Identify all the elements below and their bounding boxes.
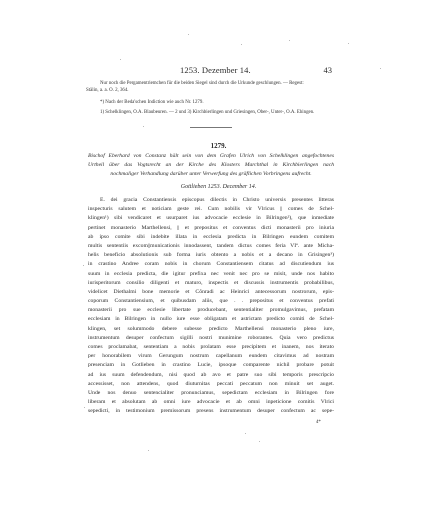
running-head: 1253. Dezember 14. 43 — [88, 65, 334, 77]
scan-speck — [241, 44, 242, 45]
signature-mark: 4* — [316, 420, 321, 425]
scan-speck — [120, 59, 121, 60]
footnote-1: Stälin, a. a. O. 2, 364. — [86, 88, 129, 93]
scan-speck — [245, 433, 246, 434]
body-line: klingen¹) sibi vendicaret et usurparet i… — [88, 214, 334, 223]
document-page: 1253. Dezember 14. 43 Nur noch die Perga… — [0, 0, 437, 512]
body-line: pertinet monasterio Marthellensi, || et … — [88, 224, 334, 233]
scan-speck — [188, 34, 189, 35]
body-line: inspecturis salutem et noticiam geste re… — [88, 205, 334, 214]
scan-speck — [84, 407, 85, 408]
page-number: 43 — [324, 65, 333, 75]
summary-line: Bischof Eberhard von Constanz hält sein … — [88, 152, 334, 161]
running-head-title: 1253. Dezember 14. — [180, 65, 251, 75]
body-line: Unde nos denuo sentencialiter pronunciam… — [88, 389, 334, 398]
body-line: liberam et absolutam ab omni iure advoca… — [88, 398, 334, 407]
footnote-3: 1) Schelklingen, O.A. Blaubeuren. — 2 un… — [100, 110, 314, 115]
footnote-2: *) Nach der Beda'schen Indiction wie auc… — [100, 100, 204, 105]
body-line: sepedicti, in testimonium premissorum pr… — [88, 407, 334, 416]
scan-speck — [380, 68, 381, 69]
scan-speck — [348, 43, 349, 44]
body-line: ecclesiam in Bilringen in nullo iure ess… — [88, 315, 334, 324]
scan-speck — [83, 265, 84, 266]
body-line: comes proclamabat, sententiam a nobis pr… — [88, 343, 334, 352]
body-line: presenciam in Gotlieben in crastino Luci… — [88, 361, 334, 370]
body-line: E. dei gracia Constantiensis episcopus d… — [88, 196, 334, 205]
body-line: per honorabilem virum Gerungum nostrum c… — [88, 352, 334, 361]
body-line: helis beneficio absolutionis sub forma i… — [88, 251, 334, 260]
body-line: in crastino Andree coram nobis in chorum… — [88, 260, 334, 269]
summary-line: Urtheil über das Vogtsrecht an der Kirch… — [88, 161, 334, 170]
body-line: accessisset, non attendens, quod diuturn… — [88, 380, 334, 389]
body-line: coporum Constantiensium, et quibusdam al… — [88, 297, 334, 306]
scan-speck — [289, 40, 290, 41]
body-line: iurisperitorum consilio diligenti et mat… — [88, 279, 334, 288]
body-line: instrumentum desuper confectum sigilli n… — [88, 334, 334, 343]
document-summary: Bischof Eberhard von Constanz hält sein … — [88, 152, 334, 179]
summary-line: nochmaliger Verhandlung darüber unter Ve… — [88, 170, 334, 179]
body-line: ad ius suum defendendum, nisi quod ab av… — [88, 371, 334, 380]
body-line: videlicet Diethalmi bone memorie et Cŏnr… — [88, 288, 334, 297]
dateline: Gottlieben 1253. December 14. — [0, 184, 437, 190]
body-line: klingen, set solummodo debere subesse pr… — [88, 325, 334, 334]
body-line: multis sententiis excom||municationis in… — [88, 242, 334, 251]
scan-speck — [143, 126, 144, 127]
scan-speck — [259, 441, 260, 442]
section-divider — [190, 127, 232, 128]
scan-speck — [148, 450, 149, 451]
body-line: suum in ecclesia predicta, die igitur pr… — [88, 270, 334, 279]
document-number: 1279. — [0, 142, 437, 150]
body-line: ab ipso comite sibi indebite illata in e… — [88, 233, 334, 242]
body-line: monasterii pro sue ecclesie libertate pr… — [88, 306, 334, 315]
document-body: E. dei gracia Constantiensis episcopus d… — [88, 196, 334, 417]
